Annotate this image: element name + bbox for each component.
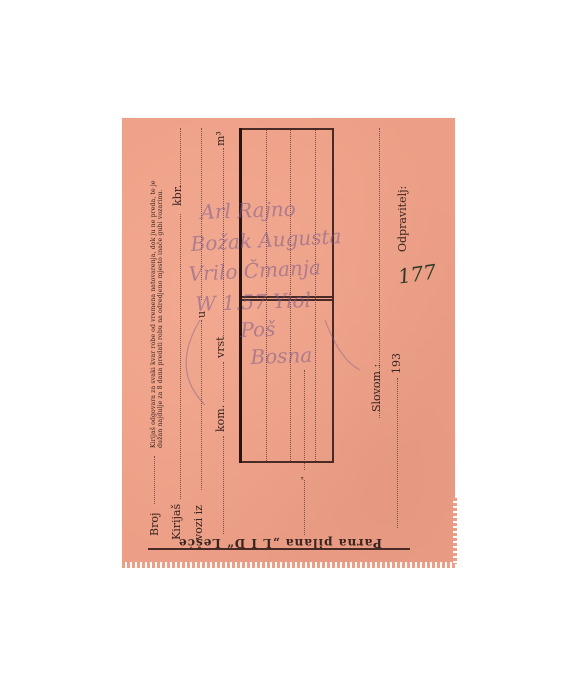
- table-bottom-border: [242, 461, 334, 463]
- date-field[interactable]: [397, 378, 398, 528]
- fine-print-line-2: dužan najdulje za 8 dana predati robu na…: [157, 189, 165, 448]
- table-right-border: [332, 128, 334, 463]
- kirijas-label: Kirijaš: [170, 504, 183, 540]
- year-prefix: 193: [390, 353, 403, 374]
- table-column-line: [315, 130, 316, 461]
- kbr-field[interactable]: [180, 128, 181, 190]
- kom-count-field[interactable]: [223, 436, 224, 534]
- company-header: Parna pilana „L I D“ Lešće: [165, 536, 395, 550]
- torn-edge: [122, 562, 455, 568]
- odpravitelj-label: Odpravitelj:: [396, 186, 409, 252]
- torn-edge-right: [453, 498, 457, 564]
- broj-label: Broj: [148, 513, 161, 536]
- handwriting-line-1: Arl Rajno: [200, 197, 296, 224]
- broj-field[interactable]: [154, 456, 155, 504]
- kbr-label: kbr.: [171, 185, 184, 206]
- m3-label: m³: [214, 131, 227, 146]
- vozi-iz-label: vozi iz: [192, 505, 205, 540]
- pencil-bracket-mark: [175, 300, 375, 410]
- table-top-border: [242, 128, 334, 130]
- quote-mark: ": [300, 476, 309, 480]
- quote-field-1[interactable]: [304, 480, 305, 535]
